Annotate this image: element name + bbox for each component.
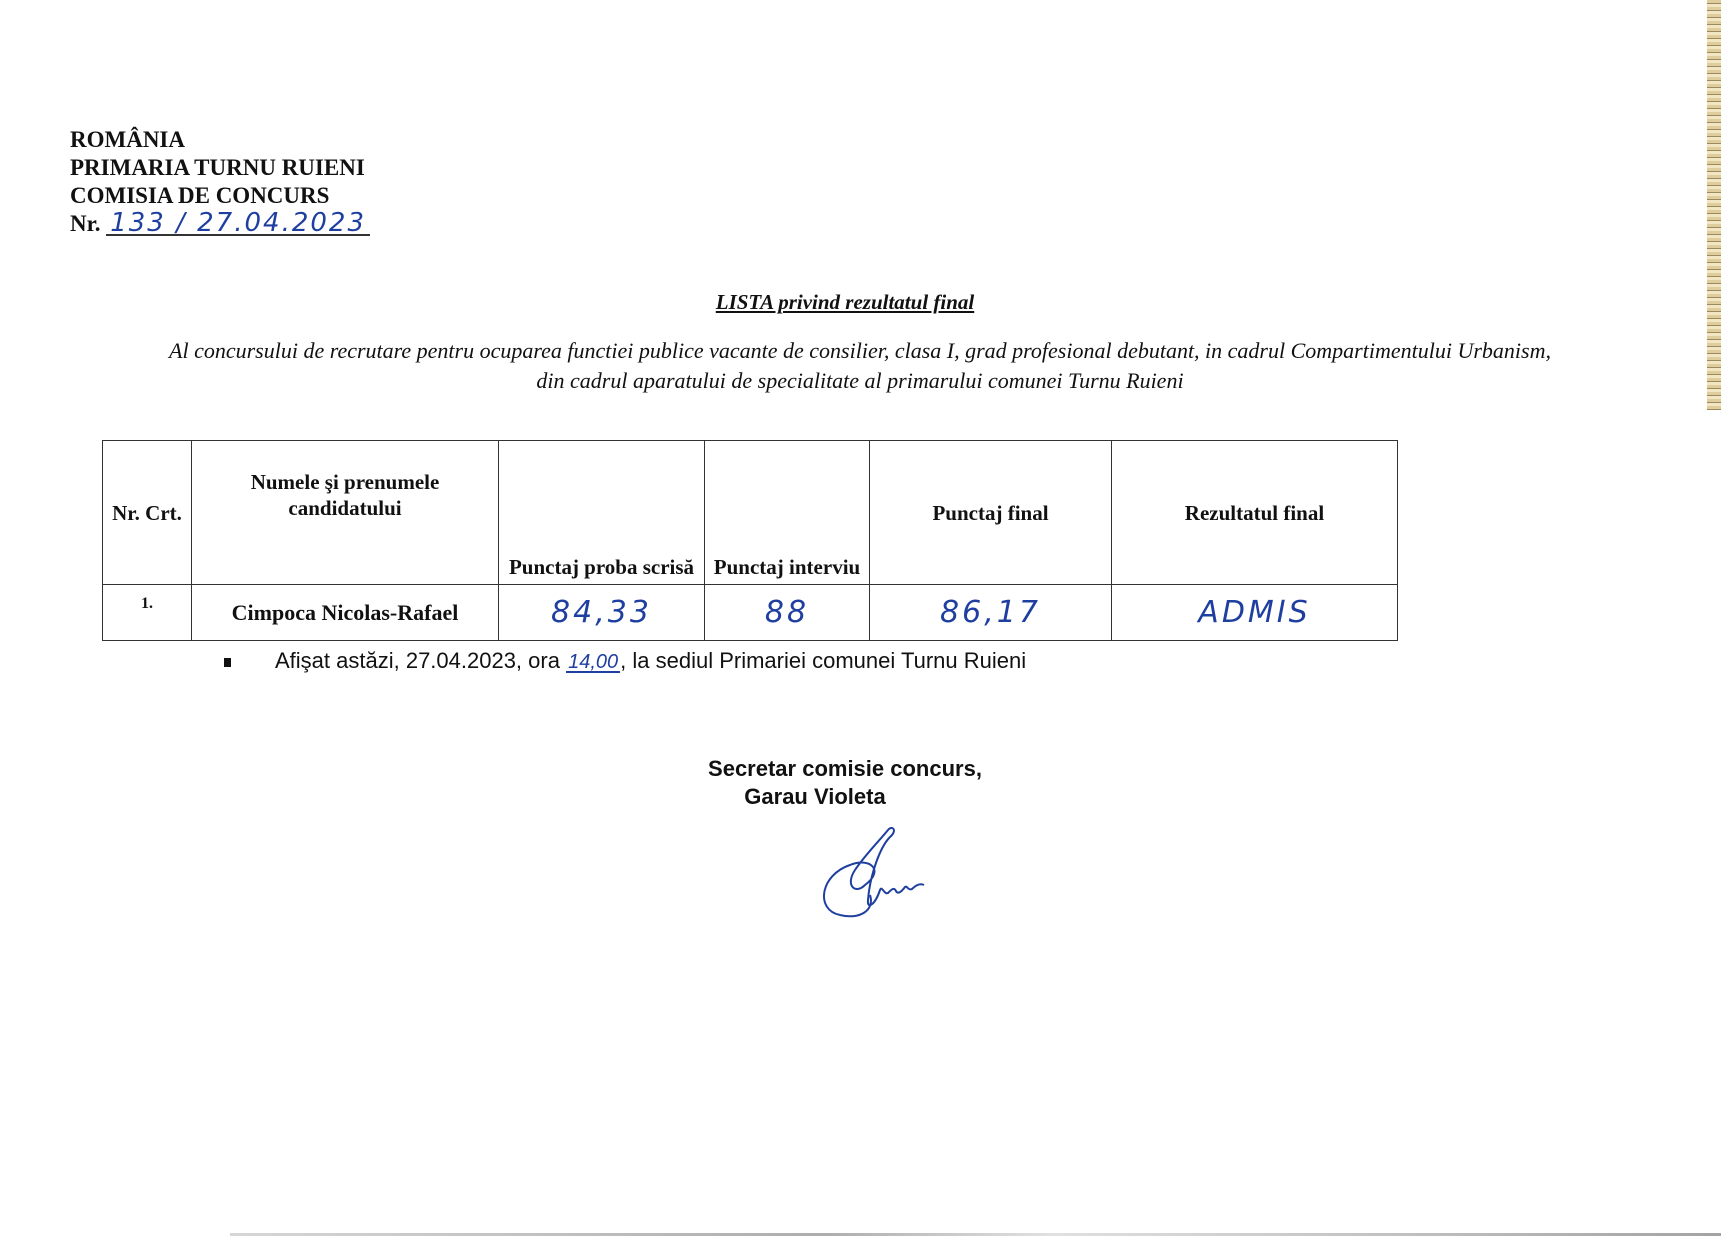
col-header-final: Punctaj final [870,441,1112,585]
cell-written-score: 84,33 [499,585,705,641]
col-header-name: Numele şi prenumele candidatului [192,441,499,585]
document-subtitle: Al concursului de recrutare pentru ocupa… [40,336,1680,396]
document-header: ROMÂNIA PRIMARIA TURNU RUIENI COMISIA DE… [70,126,370,238]
posted-suffix: , la sediul Primariei comunei Turnu Ruie… [620,648,1026,673]
col-header-written: Punctaj proba scrisă [499,441,705,585]
posted-prefix: Afişat astăzi, 27.04.2023, ora [275,648,560,673]
bullet-icon [224,658,231,667]
table-header-row: Nr. Crt. Numele şi prenumele candidatulu… [103,441,1398,585]
header-commission: COMISIA DE CONCURS [70,182,370,210]
col-header-nr: Nr. Crt. [103,441,192,585]
cell-nr: 1. [103,585,192,641]
header-institution: PRIMARIA TURNU RUIENI [70,154,370,182]
col-header-result: Rezultatul final [1112,441,1398,585]
subtitle-line-1: Al concursului de recrutare pentru ocupa… [40,336,1680,366]
table-row: 1. Cimpoca Nicolas-Rafael 84,33 88 86,17… [103,585,1398,641]
nr-value-handwritten: 133 / 27.04.2023 [106,212,370,236]
scan-edge-right [1707,0,1721,410]
col-header-interview: Punctaj interviu [705,441,870,585]
scan-edge-bottom [230,1233,1721,1236]
cell-result: ADMIS [1112,585,1398,641]
results-table: Nr. Crt. Numele şi prenumele candidatulu… [102,440,1398,641]
nr-label: Nr. [70,211,100,236]
cell-name: Cimpoca Nicolas-Rafael [192,585,499,641]
header-country: ROMÂNIA [70,126,370,154]
signature-icon [810,825,930,925]
signatory-block: Secretar comisie concurs, Garau Violeta [0,755,1690,811]
cell-interview-score: 88 [705,585,870,641]
signatory-role: Secretar comisie concurs, [0,755,1690,783]
posted-time-handwritten: 14,00 [566,653,620,673]
document-title: LISTA privind rezultatul final [0,290,1690,315]
posting-notice: Afişat astăzi, 27.04.2023, ora 14,00, la… [224,648,1026,674]
cell-final-score: 86,17 [870,585,1112,641]
signatory-name: Garau Violeta [0,783,1690,811]
header-registration: Nr. 133 / 27.04.2023 [70,210,370,238]
subtitle-line-2: din cadrul aparatului de specialitate al… [40,366,1680,396]
